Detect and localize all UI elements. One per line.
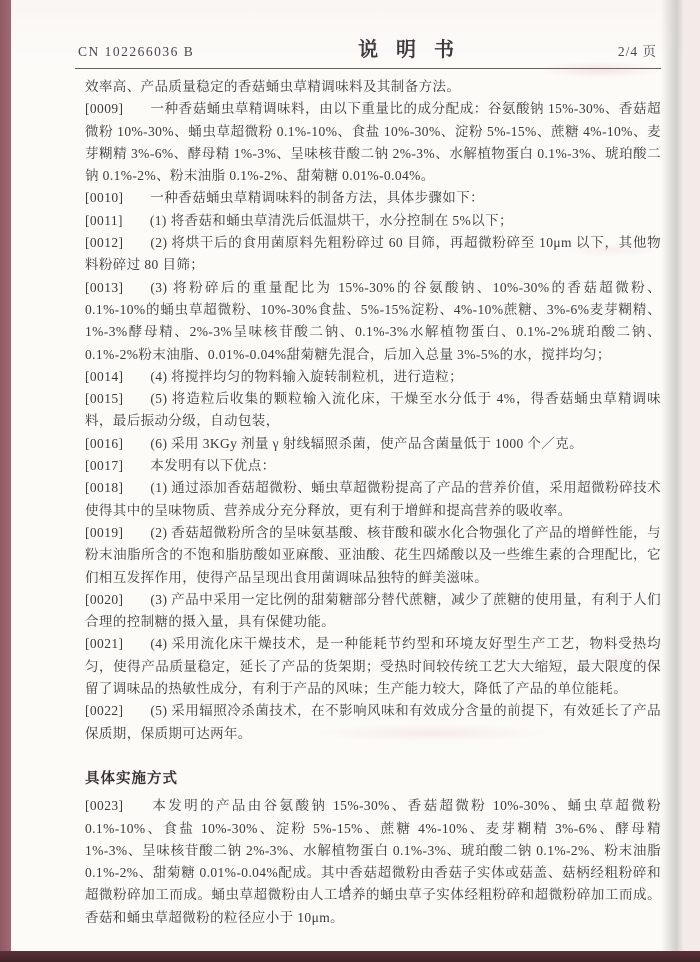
scan-bottom-edge [0,951,700,962]
paragraph-text: 一种香菇蛹虫草精调味料，由以下重量比的成分配成：谷氨酸钠 15%-30%、香菇超… [85,101,661,183]
paragraph-text: 本发明的产品由谷氨酸钠 15%-30%、香菇超微粉 10%-30%、蛹虫草超微粉… [85,798,661,924]
paragraph-0012: [0012](2) 将烘干后的食用菌原料先粗粉碎过 60 目筛，再超微粉碎至 1… [85,232,661,277]
paragraph-tag: [0015] [85,391,123,406]
paragraph-0015: [0015](5) 将造粒后收集的颗粒输入流化床，干燥至水分低于 4%，得香菇蛹… [85,388,661,433]
paragraph-0022: [0022](5) 采用辐照冷杀菌技术，在不影响风味和有效成分含量的前提下，有效… [85,700,661,745]
paragraph-0009: [0009]一种香菇蛹虫草精调味料，由以下重量比的成分配成：谷氨酸钠 15%-3… [85,98,661,187]
paragraph-0016: [0016](6) 采用 3KGy 剂量 γ 射线辐照杀菌，使产品含菌量低于 1… [85,433,661,455]
paragraph-tag: [0022] [85,703,123,718]
paragraph-text: (4) 采用流化床干燥技术，是一种能耗节约型和环境友好型生产工艺，物料受热均匀，… [85,636,661,696]
paragraph-0010: [0010]一种香菇蛹虫草精调味料的制备方法，具体步骤如下： [85,187,661,209]
paragraph-text: (1) 通过添加香菇超微粉、蛹虫草超微粉提高了产品的营养价值，采用超微粉碎技术使… [85,480,661,517]
paragraph-0021: [0021](4) 采用流化床干燥技术，是一种能耗节约型和环境友好型生产工艺，物… [85,633,661,700]
paragraph-tag: [0012] [85,235,123,250]
paragraph-text: (1) 将香菇和蛹虫草清洗后低温烘干，水分控制在 5%以下； [150,213,513,228]
paragraph-text: (2) 将烘干后的食用菌原料先粗粉碎过 60 目筛，再超微粉碎至 10μm 以下… [85,235,661,272]
paragraph-tag: [0017] [85,458,123,473]
paragraph-tag: [0019] [85,525,123,540]
page-footer: 4 [11,881,683,897]
paragraph-tag: [0011] [85,213,123,228]
header-rule [75,68,661,69]
paragraph-text: (5) 采用辐照冷杀菌技术，在不影响风味和有效成分含量的前提下，有效延长了产品保… [85,703,661,740]
paragraph-0013: [0013](3) 将粉碎后的重量配比为 15%-30%的谷氨酸钠、10%-30… [85,277,661,366]
paragraph-tag: [0010] [85,190,123,205]
paragraph-0023: [0023]本发明的产品由谷氨酸钠 15%-30%、香菇超微粉 10%-30%、… [85,795,661,929]
intro-paragraph: 效率高、产品质量稳定的香菇蛹虫草精调味料及其制备方法。 [85,76,661,98]
patent-number: CN 102266036 B [78,44,194,60]
paragraph-text: 一种香菇蛹虫草精调味料的制备方法，具体步骤如下： [150,190,484,205]
paragraph-0018: [0018](1) 通过添加香菇超微粉、蛹虫草超微粉提高了产品的营养价值，采用超… [85,477,661,522]
book-spine-edge [0,0,11,951]
paragraph-tag: [0009] [85,101,123,116]
document-title: 说明书 [340,33,472,62]
paragraph-tag: [0014] [85,369,123,384]
paragraph-tag: [0020] [85,592,123,607]
page-indicator: 2/4 页 [618,40,657,60]
page-number: 4 [344,881,351,896]
paragraph-text: (2) 香菇超微粉所含的呈味氨基酸、核苷酸和碳水化合物强化了产品的增鲜性能，与粉… [85,525,661,585]
paragraph-text: (6) 采用 3KGy 剂量 γ 射线辐照杀菌，使产品含菌量低于 1000 个／… [150,436,583,451]
paragraph-text: 本发明有以下优点： [150,458,275,473]
paragraph-0014: [0014](4) 将搅拌均匀的物料输入旋转制粒机，进行造粒； [85,366,661,388]
paragraph-0020: [0020](3) 产品中采用一定比例的甜菊糖部分替代蔗糖，减少了蔗糖的使用量，… [85,589,661,634]
paragraph-0017: [0017]本发明有以下优点： [85,455,661,477]
paragraph-tag: [0016] [85,436,123,451]
paragraph-text: 效率高、产品质量稳定的香菇蛹虫草精调味料及其制备方法。 [85,79,460,94]
page-curl-shadow [661,0,683,951]
paragraph-text: (5) 将造粒后收集的颗粒输入流化床，干燥至水分低于 4%，得香菇蛹虫草精调味料… [85,391,661,428]
paragraph-tag: [0013] [85,280,123,295]
paragraph-text: (3) 将粉碎后的重量配比为 15%-30%的谷氨酸钠、10%-30%的香菇超微… [85,280,661,362]
specification-body: 效率高、产品质量稳定的香菇蛹虫草精调味料及其制备方法。 [0009]一种香菇蛹虫… [85,76,661,929]
paragraph-text: (4) 将搅拌均匀的物料输入旋转制粒机，进行造粒； [150,369,463,384]
paragraph-0011: [0011](1) 将香菇和蛹虫草清洗后低温烘干，水分控制在 5%以下； [85,210,661,232]
paragraph-tag: [0018] [85,480,123,495]
paragraph-tag: [0023] [85,798,123,813]
patent-specification-page: CN 102266036 B 说明书 2/4 页 效率高、产品质量稳定的香菇蛹虫… [11,0,683,951]
section-heading-embodiments: 具体实施方式 [85,768,661,790]
page-header: CN 102266036 B 说明书 2/4 页 [11,0,683,62]
paragraph-tag: [0021] [85,636,123,651]
paragraph-text: (3) 产品中采用一定比例的甜菊糖部分替代蔗糖，减少了蔗糖的使用量，有利于人们合… [85,592,661,629]
paragraph-0019: [0019](2) 香菇超微粉所含的呈味氨基酸、核苷酸和碳水化合物强化了产品的增… [85,522,661,589]
